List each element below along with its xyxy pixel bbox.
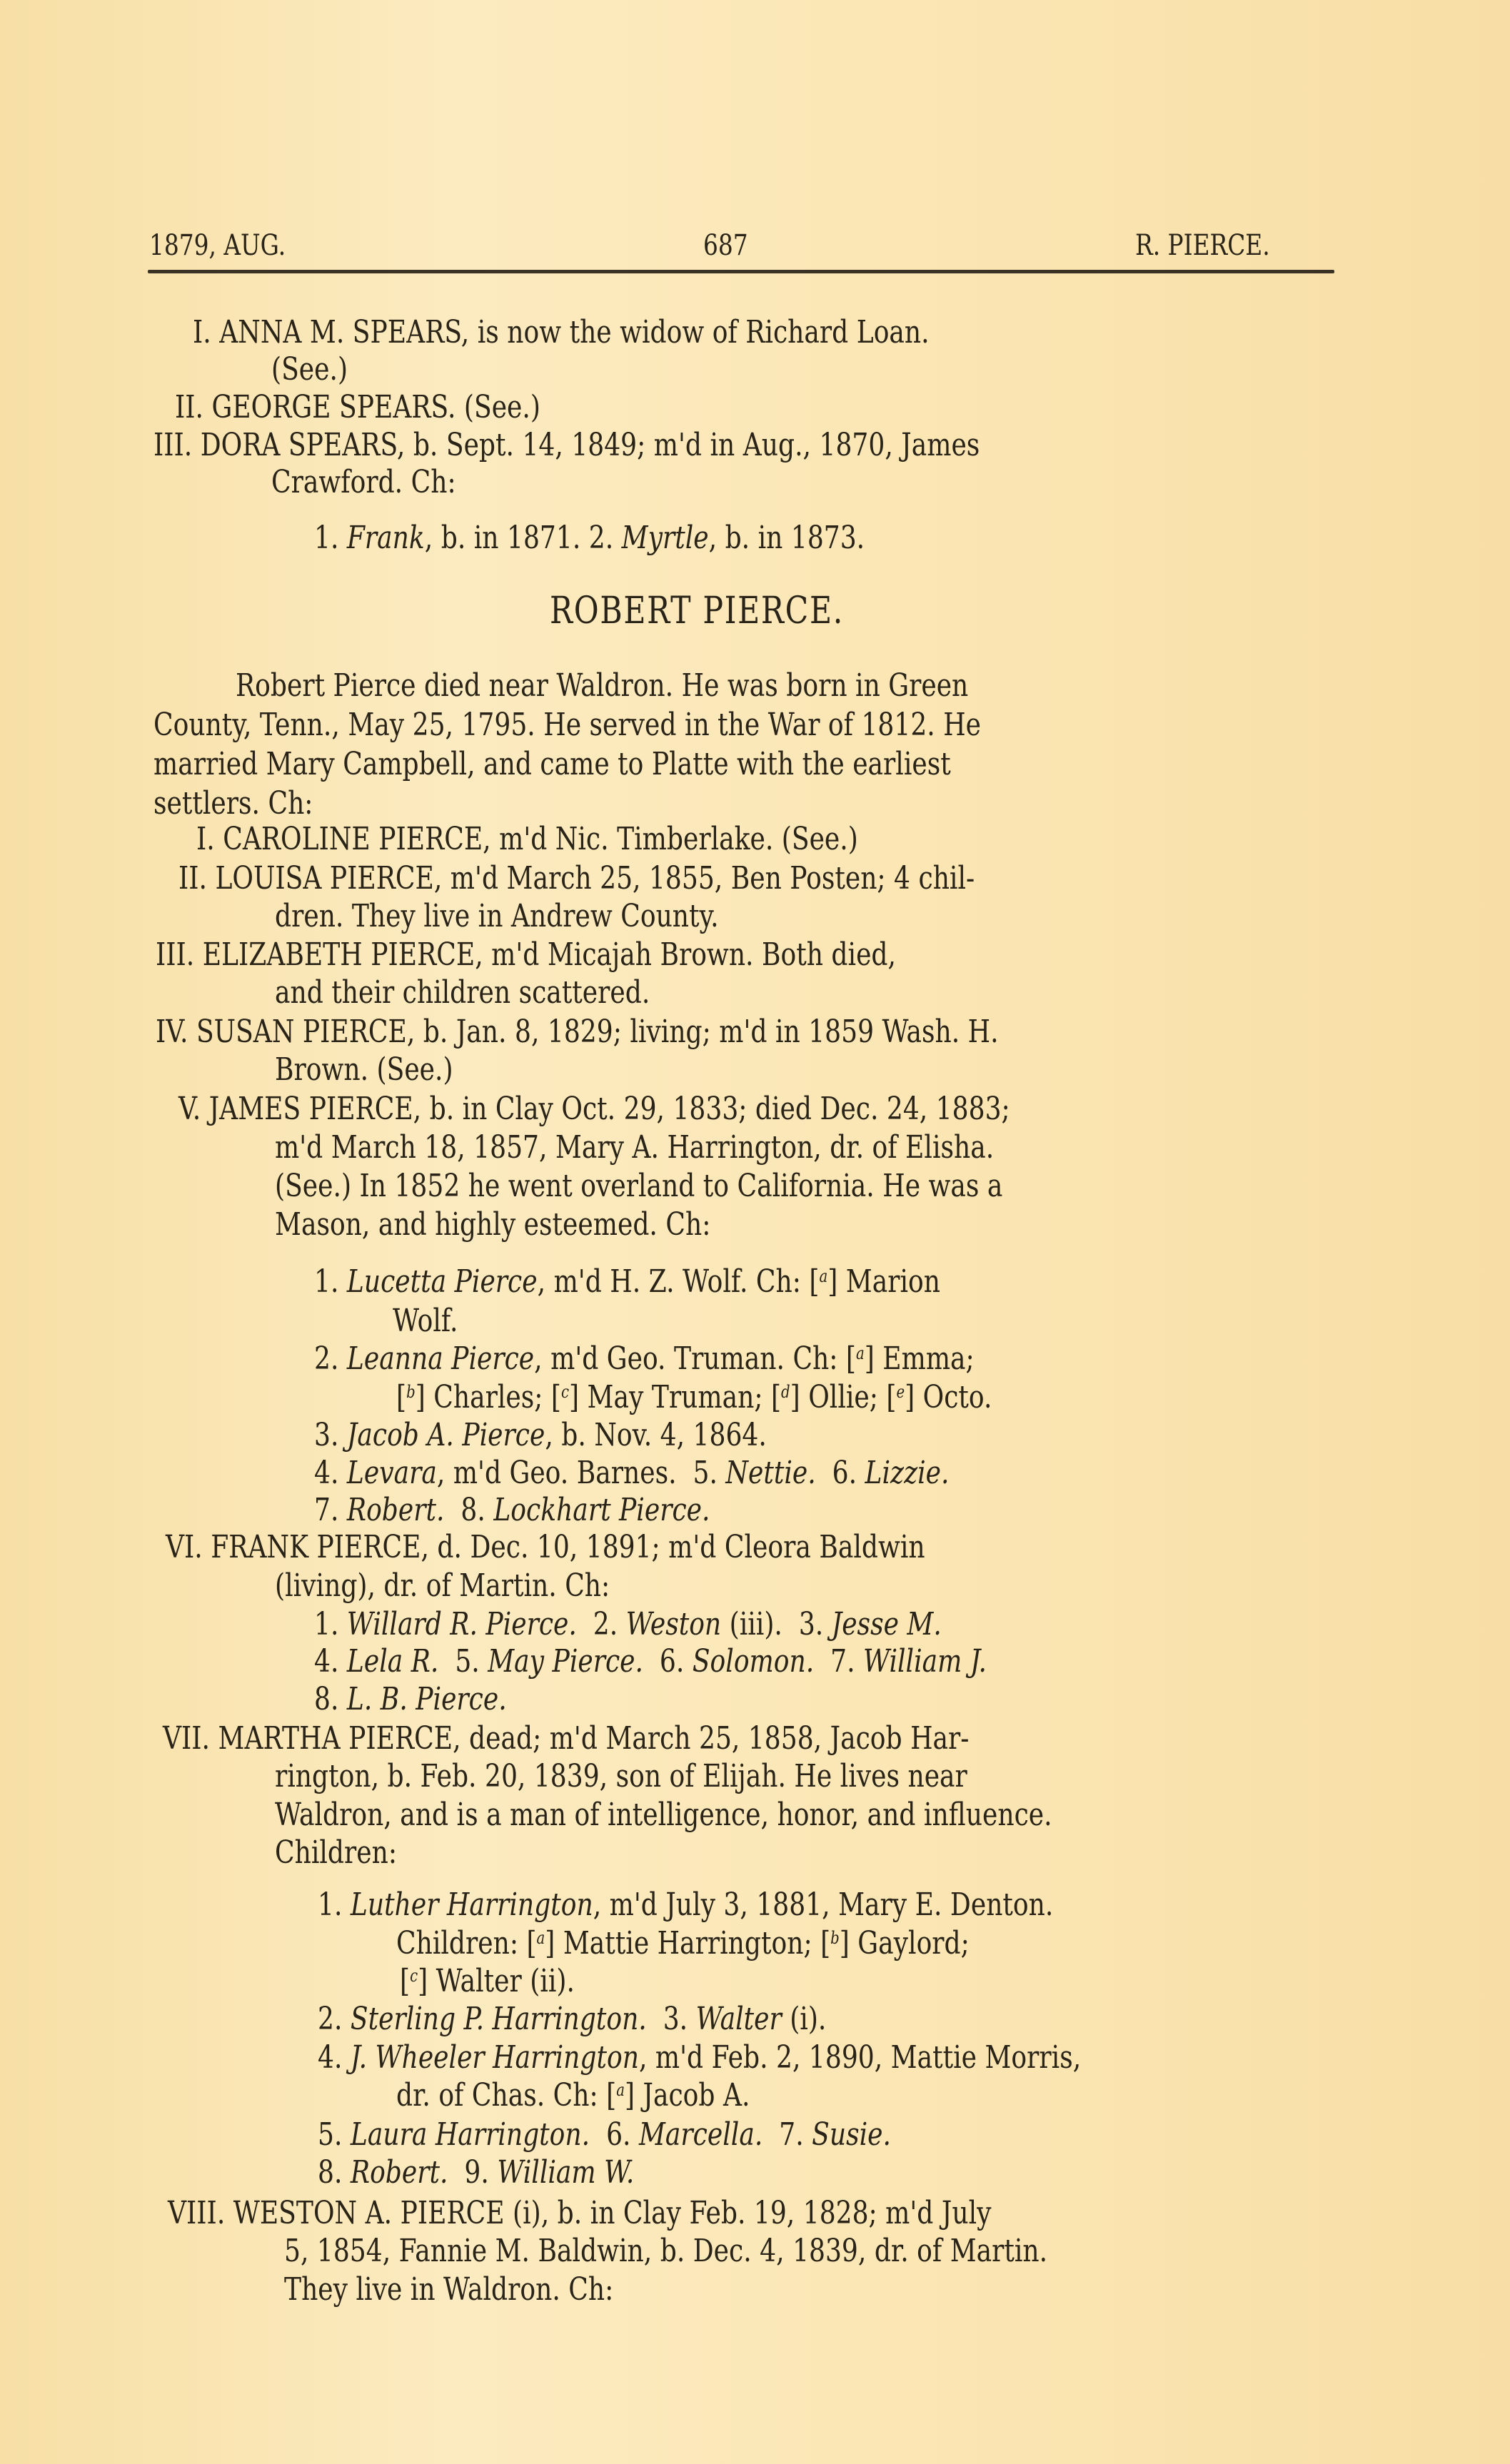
- entry-martha-cont-2: Waldron, and is a man of intelligence, h…: [275, 1797, 1052, 1834]
- entry-george-spears: II. GEORGE SPEARS. (See.): [175, 389, 540, 426]
- james-children-4-6: 4. Levara, m'd Geo. Barnes. 5. Nettie. 6…: [314, 1455, 949, 1492]
- james-child-2-cont: [b] Charles; [c] May Truman; [d] Ollie; …: [396, 1379, 992, 1416]
- book-page: 1879, AUG. 687 R. PIERCE. I. ANNA M. SPE…: [0, 0, 1510, 2464]
- entry-anna-spears-cont: (See.): [271, 351, 348, 388]
- section-title: ROBERT PIERCE.: [550, 592, 844, 630]
- entry-james-cont-3: Mason, and highly esteemed. Ch:: [275, 1206, 710, 1243]
- martha-child-1-kids-2: [c] Walter (ii).: [400, 1963, 575, 2000]
- entry-elizabeth-cont: and their children scattered.: [275, 974, 650, 1011]
- entry-martha-cont-1: rington, b. Feb. 20, 1839, son of Elijah…: [275, 1758, 967, 1795]
- martha-children-2-3: 2. Sterling P. Harrington. 3. Walter (i)…: [318, 2001, 826, 2038]
- intro-line-1: Robert Pierce died near Waldron. He was …: [236, 667, 968, 705]
- dora-children-line: 1. Frank, b. in 1871. 2. Myrtle, b. in 1…: [314, 520, 865, 557]
- entry-weston-cont-2: They live in Waldron. Ch:: [284, 2271, 613, 2308]
- entry-louisa-cont: dren. They live in Andrew County.: [275, 898, 719, 935]
- frank-children-1-3: 1. Willard R. Pierce. 2. Weston (iii). 3…: [314, 1606, 942, 1643]
- entry-elizabeth: III. ELIZABETH PIERCE, m'd Micajah Brown…: [156, 936, 896, 974]
- intro-line-2: County, Tenn., May 25, 1795. He served i…: [153, 707, 981, 744]
- entry-james: V. JAMES PIERCE, b. in Clay Oct. 29, 183…: [178, 1091, 1010, 1128]
- entry-james-cont-2: (See.) In 1852 he went overland to Calif…: [275, 1168, 1002, 1205]
- entry-caroline: I. CAROLINE PIERCE, m'd Nic. Timberlake.…: [196, 821, 858, 858]
- james-child-1-cont: Wolf.: [393, 1303, 458, 1340]
- entry-martha-cont-3: Children:: [275, 1834, 397, 1872]
- entry-anna-spears: I. ANNA M. SPEARS, is now the widow of R…: [193, 314, 1129, 351]
- entry-weston-cont-1: 5, 1854, Fannie M. Baldwin, b. Dec. 4, 1…: [284, 2233, 1047, 2270]
- entry-louisa: II. LOUISA PIERCE, m'd March 25, 1855, B…: [178, 860, 975, 897]
- martha-child-4-kids: dr. of Chas. Ch: [a] Jacob A.: [396, 2077, 750, 2114]
- frank-children-4-7: 4. Lela R. 5. May Pierce. 6. Solomon. 7.…: [314, 1643, 987, 1680]
- entry-dora-spears-cont: Crawford. Ch:: [271, 464, 456, 501]
- running-head-name: R. PIERCE.: [1135, 227, 1270, 264]
- header-rule: [148, 270, 1334, 273]
- martha-children-5-7: 5. Laura Harrington. 6. Marcella. 7. Sus…: [318, 2116, 891, 2154]
- martha-children-8-9: 8. Robert. 9. William W.: [318, 2154, 634, 2191]
- martha-child-1: 1. Luther Harrington, m'd July 3, 1881, …: [318, 1887, 1053, 1924]
- entry-martha: VII. MARTHA PIERCE, dead; m'd March 25, …: [163, 1720, 969, 1757]
- entry-frank: VI. FRANK PIERCE, d. Dec. 10, 1891; m'd …: [166, 1529, 925, 1566]
- page-number: 687: [703, 227, 748, 264]
- entry-frank-cont: (living), dr. of Martin. Ch:: [275, 1567, 610, 1605]
- intro-line-3: married Mary Campbell, and came to Platt…: [153, 746, 951, 783]
- martha-child-4: 4. J. Wheeler Harrington, m'd Feb. 2, 18…: [318, 2039, 1081, 2076]
- james-children-7-8: 7. Robert. 8. Lockhart Pierce.: [314, 1492, 710, 1529]
- frank-child-8: 8. L. B. Pierce.: [314, 1681, 507, 1718]
- entry-susan: IV. SUSAN PIERCE, b. Jan. 8, 1829; livin…: [156, 1014, 999, 1051]
- entry-susan-cont: Brown. (See.): [275, 1051, 453, 1089]
- intro-line-4: settlers. Ch:: [153, 785, 313, 822]
- james-child-3: 3. Jacob A. Pierce, b. Nov. 4, 1864.: [314, 1417, 767, 1454]
- running-head-date: 1879, AUG.: [149, 227, 286, 264]
- entry-weston: VIII. WESTON A. PIERCE (i), b. in Clay F…: [168, 2195, 992, 2232]
- entry-dora-spears: III. DORA SPEARS, b. Sept. 14, 1849; m'd…: [153, 427, 1122, 464]
- martha-child-1-kids: Children: [a] Mattie Harrington; [b] Gay…: [396, 1925, 970, 1962]
- james-child-1: 1. Lucetta Pierce, m'd H. Z. Wolf. Ch: […: [314, 1263, 940, 1301]
- james-child-2: 2. Leanna Pierce, m'd Geo. Truman. Ch: […: [314, 1340, 975, 1378]
- entry-james-cont-1: m'd March 18, 1857, Mary A. Harrington, …: [275, 1129, 994, 1166]
